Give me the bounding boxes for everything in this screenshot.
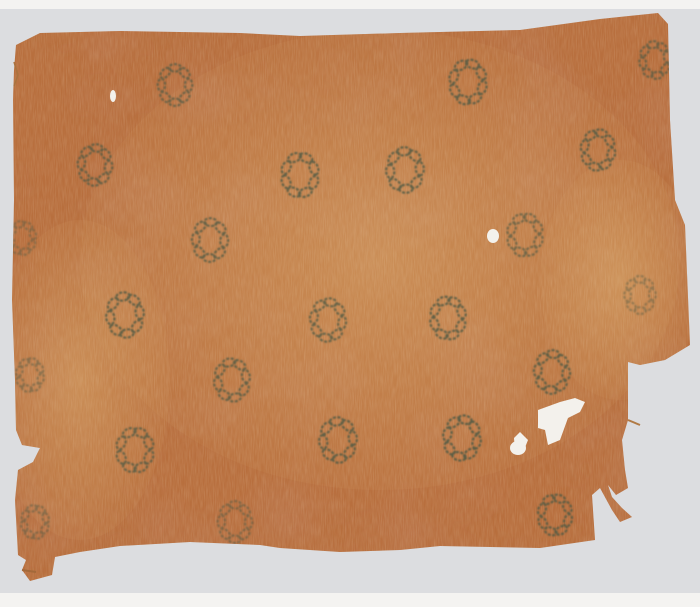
hole [110,90,116,102]
textile-photo [0,0,700,607]
fabric-weave-texture [0,0,700,607]
textile-fragment [0,0,700,607]
loose-thread [628,420,640,425]
hole [487,229,499,243]
